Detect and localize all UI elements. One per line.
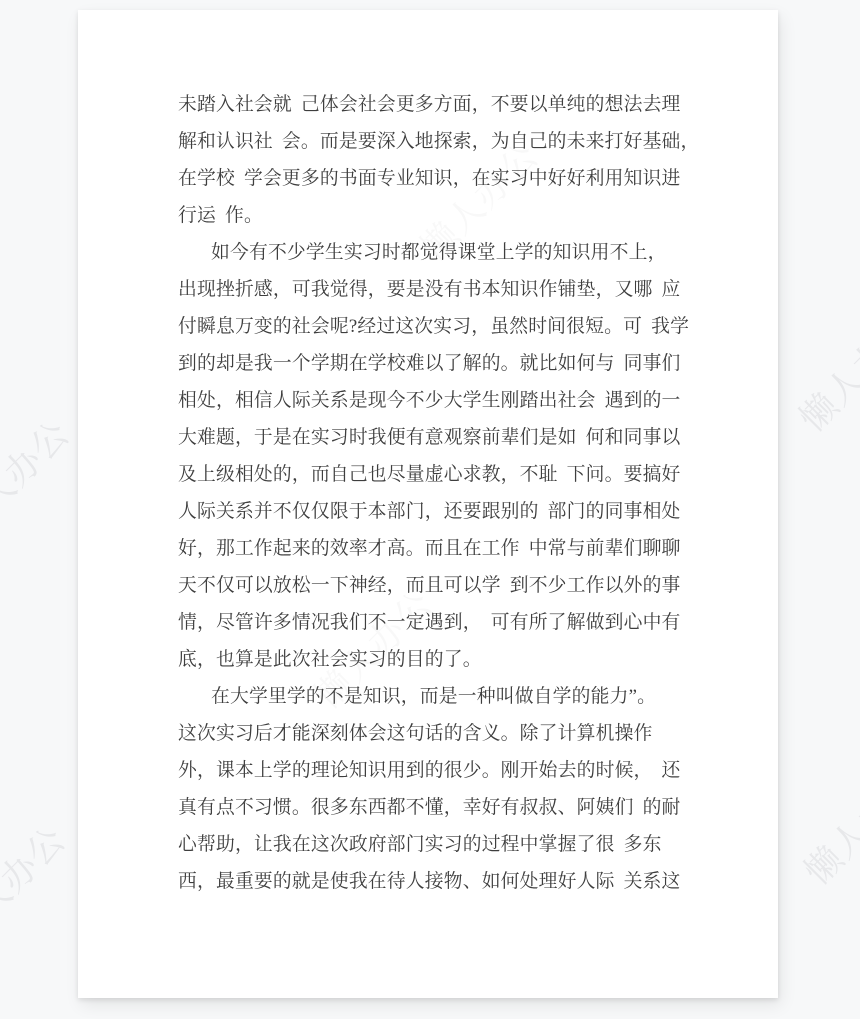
text-line: 好，那工作起来的效率才高。而且在工作 中常与前辈们聊聊 [178, 530, 718, 567]
watermark-text: 懒人办公 [787, 301, 860, 442]
text-line: 出现挫折感，可我觉得，要是没有书本知识作铺垫，又哪 应 [178, 271, 718, 308]
text-line: 未踏入社会就 己体会社会更多方面，不要以单纯的想法去理 [178, 86, 718, 123]
document-viewer: 未踏入社会就 己体会社会更多方面，不要以单纯的想法去理解和认识社 会。而是要深入… [0, 0, 860, 1019]
text-line: 天不仅可以放松一下神经，而且可以学 到不少工作以外的事 [178, 567, 718, 604]
text-line: 大难题，于是在实习时我便有意观察前辈们是如 何和同事以 [178, 419, 718, 456]
document-page: 未踏入社会就 己体会社会更多方面，不要以单纯的想法去理解和认识社 会。而是要深入… [78, 10, 778, 998]
text-line: 在大学里学的不是知识，而是一种叫做自学的能力”。 [178, 678, 718, 715]
text-line: 付瞬息万变的社会呢?经过这次实习，虽然时间很短。可 我学 [178, 308, 718, 345]
watermark-text: 懒人办公 [792, 754, 860, 895]
watermark-text: 懒人办公 [0, 814, 75, 955]
text-line: 相处，相信人际关系是现今不少大学生刚踏出社会 遇到的一 [178, 382, 718, 419]
text-line: 解和认识社 会。而是要深入地探索，为自己的未来打好基础， [178, 123, 718, 160]
text-line: 心帮助，让我在这次政府部门实习的过程中掌握了很 多东 [178, 826, 718, 863]
text-line: 行运 作。 [178, 197, 718, 234]
text-line: 如今有不少学生实习时都觉得课堂上学的知识用不上， [178, 234, 718, 271]
text-line: 人际关系并不仅仅限于本部门，还要跟别的 部门的同事相处 [178, 493, 718, 530]
text-line: 西，最重要的就是使我在待人接物、如何处理好人际 关系这 [178, 863, 718, 900]
text-line: 在学校 学会更多的书面专业知识，在实习中好好利用知识进 [178, 160, 718, 197]
text-line: 到的却是我一个学期在学校难以了解的。就比如何与 同事们 [178, 345, 718, 382]
text-line: 外，课本上学的理论知识用到的很少。刚开始去的时候， 还 [178, 752, 718, 789]
text-line: 这次实习后才能深刻体会这句话的含义。除了计算机操作 [178, 715, 718, 752]
text-line: 情，尽管许多情况我们不一定遇到， 可有所了解做到心中有 [178, 604, 718, 641]
text-line: 真有点不习惯。很多东西都不懂，幸好有叔叔、阿姨们 的耐 [178, 789, 718, 826]
watermark-text: 懒人办公 [0, 408, 79, 549]
text-line: 底，也算是此次社会实习的目的了。 [178, 641, 718, 678]
text-line: 及上级相处的，而自己也尽量虚心求教，不耻 下问。要搞好 [178, 456, 718, 493]
document-text: 未踏入社会就 己体会社会更多方面，不要以单纯的想法去理解和认识社 会。而是要深入… [178, 86, 718, 900]
